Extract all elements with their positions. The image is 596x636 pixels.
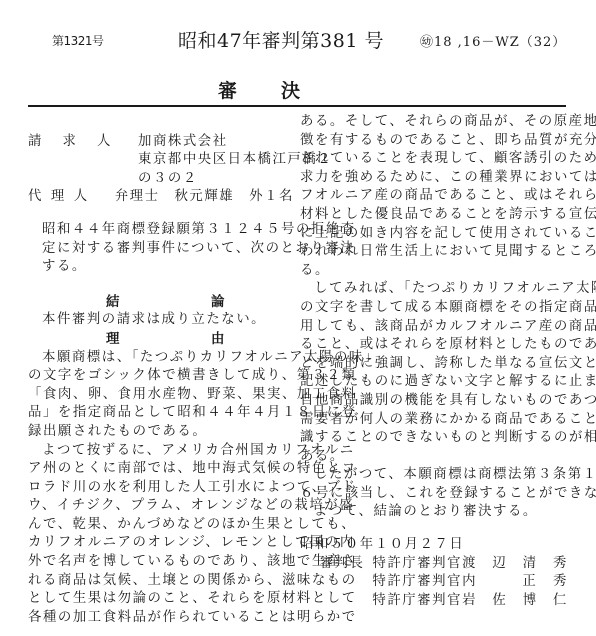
party-address-line: の３の２ xyxy=(28,170,294,189)
signatory-row: 審判長特許庁審判官渡辺清秀 xyxy=(300,555,568,574)
signatory-name: 渡辺清秀 xyxy=(462,555,568,574)
reasons-line: ある。 xyxy=(300,448,568,467)
intro-line: 定に対する審判事件について、次のとおり審決 xyxy=(28,240,294,259)
reasons-line: 識することのできないものと判断するのが相当で xyxy=(300,429,568,448)
right-column: ある。そして、それらの商品が、その原産地の特徴を有するものであること、即ち品質が… xyxy=(300,113,568,610)
reasons-line: れる商品は気候、土壌との関係から、滋味なもの xyxy=(28,572,294,591)
reasons-line: として生果は勿論のこと、それらを原材料として xyxy=(28,590,294,609)
reasons-left-body: 本願商標は、「たつぷりカリフオルニア太陽の味」の文字をゴシック体で横書きして成り… xyxy=(28,349,294,628)
reasons-line: ある。そして、それらの商品が、その原産地の特 xyxy=(300,113,568,132)
reasons-line: 品」を指定商品として昭和４４年４月１８日に登 xyxy=(28,404,294,423)
name-char xyxy=(493,573,507,592)
heading-char: 理 xyxy=(106,330,121,349)
class-code: ㉅18 ,16－WZ（32） xyxy=(420,31,566,50)
left-column: 請 求 人 加商株式会社 東京都中央区日本橋江戸橋２ の３の２ 代 理 人 弁理… xyxy=(28,114,294,627)
reasons-line: 材料とした優良品であることを誇示する宣伝文句 xyxy=(300,206,568,225)
reasons-line: の文字を書して成る本願商標をその指定商品に使 xyxy=(300,299,568,318)
reasons-line: よつて、結論のとおり審決する。 xyxy=(300,503,568,522)
reasons-line: 自他商品識別の機能を具有しないものであつて、 xyxy=(300,392,568,411)
reasons-line: カリフオルニアのオレンジ、レモンとして国の内 xyxy=(28,534,294,553)
reasons-line: ア州のとくに南部では、地中海式気候の特色とコ xyxy=(28,460,294,479)
signatory-rank xyxy=(300,573,372,592)
reasons-line: んで、乾果、かんづめなどのほか生果としても、 xyxy=(28,516,294,535)
reasons-line: 各種の加工食料品が作られていることは明らかで xyxy=(28,609,294,628)
intro-line: する。 xyxy=(28,258,294,277)
heading-char: 結 xyxy=(106,293,121,312)
name-char: 正 xyxy=(522,573,537,592)
name-char: 渡 xyxy=(462,555,477,574)
name-char: 岩 xyxy=(462,592,477,611)
reasons-line: 「食肉、卵、食用水産物、野菜、果実、加工食料 xyxy=(28,386,294,405)
reasons-line: 用しても、該商品がカルフオルニア産の商品であ xyxy=(300,318,568,337)
reasons-line: 求力を強めるために、この種業界においてはカリ xyxy=(300,169,568,188)
document-title-char: 決 xyxy=(281,76,300,103)
party-role: 請 求 人 xyxy=(28,133,138,152)
document-title-char: 審 xyxy=(218,76,237,103)
signatory-name: 岩佐博仁 xyxy=(462,592,568,611)
party-demandant: 請 求 人 加商株式会社 xyxy=(28,133,294,152)
party-role: 代 理 人 xyxy=(28,188,115,207)
reasons-line: とを端的に強調し、誇称した単なる宣伝文として xyxy=(300,355,568,374)
signatory-office: 特許庁審判官 xyxy=(372,592,462,611)
name-char: 内 xyxy=(462,573,477,592)
name-char: 仁 xyxy=(553,592,568,611)
reasons-line: したがつて、本願商標は商標法第３条第１項第 xyxy=(300,466,568,485)
intro-line: 昭和４４年商標登録願第３１２４５号の拒絶査 xyxy=(28,221,294,240)
heading-char: 論 xyxy=(211,293,226,312)
signatory-name: 内正秀 xyxy=(462,573,568,592)
signatory-row: 特許庁審判官内正秀 xyxy=(300,573,568,592)
signatory-row: 特許庁審判官岩佐博仁 xyxy=(300,592,568,611)
reasons-line: フオルニア産の商品であること、或はそれらを原 xyxy=(300,187,568,206)
name-char: 秀 xyxy=(553,573,568,592)
document-title: 審決 xyxy=(218,76,300,103)
name-char: 佐 xyxy=(492,592,507,611)
reasons-right-body: ある。そして、それらの商品が、その原産地の特徴を有するものであること、即ち品質が… xyxy=(300,113,568,522)
decision-date: 昭和５０年１０月２７日 xyxy=(300,536,568,555)
gazette-number: 第1321号 xyxy=(52,32,104,49)
role-char: 代 xyxy=(28,188,43,207)
header-rule xyxy=(28,105,566,107)
reasons-line: に上記の如き内容を記して使用されていることは、 xyxy=(300,225,568,244)
role-char: 請 xyxy=(28,133,43,152)
name-char: 秀 xyxy=(553,555,568,574)
conclusion-heading: 結 論 xyxy=(106,293,226,312)
reasons-heading: 理 由 xyxy=(106,330,226,349)
reasons-line: われわれ日常生活上において見聞するところであ xyxy=(300,243,568,262)
role-char: 人 xyxy=(97,133,112,152)
party-address-line: 東京都中央区日本橋江戸橋２ xyxy=(28,151,294,170)
reasons-line: されていることを表現して、顧客誘引のための訴 xyxy=(300,150,568,169)
case-title: 昭和47年審判第381 号 xyxy=(178,26,384,53)
signatory-office: 特許庁審判官 xyxy=(372,573,462,592)
conclusion-text: 本件審判の請求は成り立たない。 xyxy=(28,311,294,330)
reasons-line: る。 xyxy=(300,262,568,281)
role-char: 求 xyxy=(63,133,78,152)
reasons-line: の文字をゴシック体で横書きして成り、第３２類 xyxy=(28,367,294,386)
name-char: 辺 xyxy=(492,555,507,574)
reasons-line: 記述したものに過ぎない文字と解するに止まり、 xyxy=(300,373,568,392)
reasons-line: ６号に該当し、これを登録することができない。 xyxy=(300,485,568,504)
party-agent: 代 理 人 弁理士 秋元輝雄 外１名 xyxy=(28,188,294,207)
reasons-line: 本願商標は、「たつぷりカリフオルニア太陽の味」 xyxy=(28,349,294,368)
heading-char: 由 xyxy=(211,330,226,349)
reasons-line: 需要者が何人の業務にかかる商品であることを認 xyxy=(300,411,568,430)
signatory-rank: 審判長 xyxy=(300,555,372,574)
reasons-line: 外で名声を博しているものであり、該地で生産さ xyxy=(28,553,294,572)
signatory-rank xyxy=(300,592,372,611)
party-name: 加商株式会社 xyxy=(138,133,294,152)
reasons-line: ること、或はそれらを原材料としたものであるこ xyxy=(300,336,568,355)
reasons-line: 録出願されたものである。 xyxy=(28,423,294,442)
reasons-line: ウ、イチジク、プラム、オレンジなどの栽培が盛 xyxy=(28,497,294,516)
party-name: 弁理士 秋元輝雄 外１名 xyxy=(115,188,294,207)
role-char: 人 xyxy=(74,188,89,207)
role-char: 理 xyxy=(51,188,66,207)
reasons-line: よつて按ずるに、アメリカ合州国カリフオルニ xyxy=(28,442,294,461)
name-char: 博 xyxy=(523,592,538,611)
signatory-office: 特許庁審判官 xyxy=(372,555,462,574)
reasons-line: ロラド川の水を利用した人工引水によつて、ブド xyxy=(28,479,294,498)
reasons-line: してみれば、「たつぷりカリフオルニア太陽の味」 xyxy=(300,280,568,299)
reasons-line: 徴を有するものであること、即ち品質が充分満た xyxy=(300,132,568,151)
name-char: 清 xyxy=(523,555,538,574)
signatory-list: 審判長特許庁審判官渡辺清秀特許庁審判官内正秀特許庁審判官岩佐博仁 xyxy=(300,555,568,611)
